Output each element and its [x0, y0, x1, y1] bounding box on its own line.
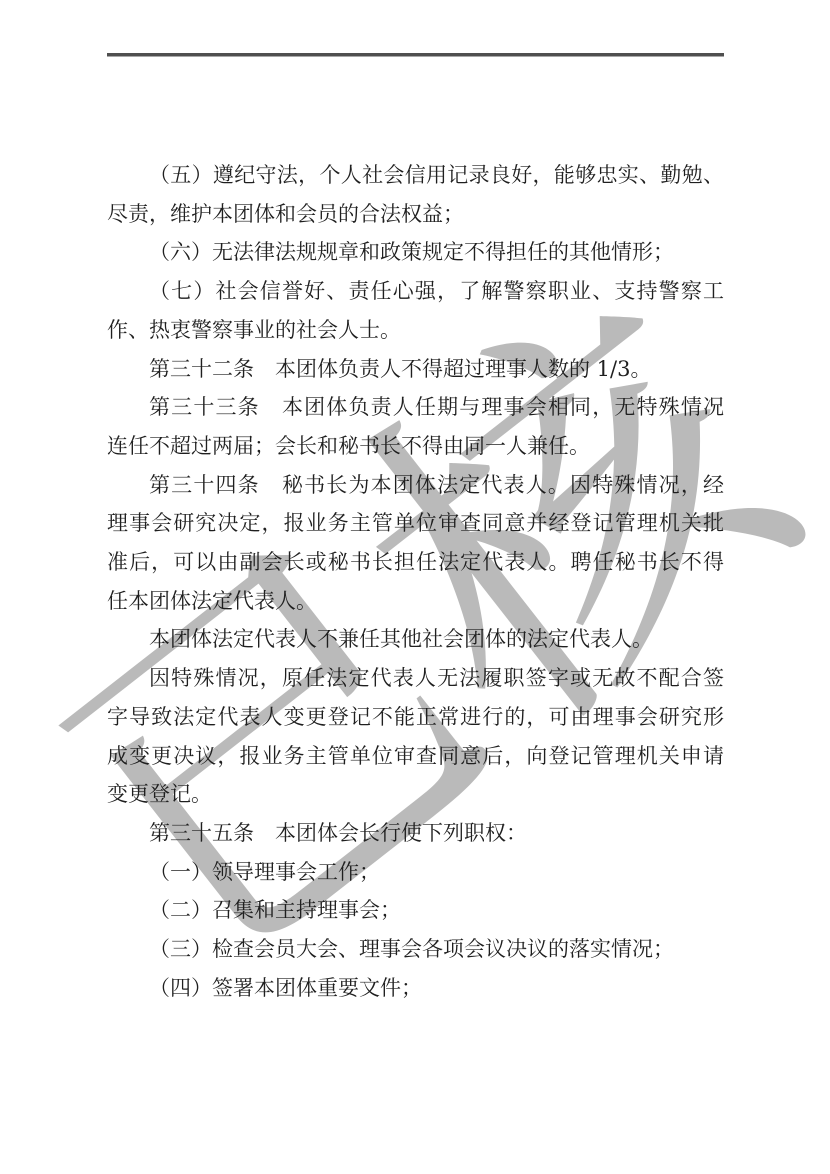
text-line: （五）遵纪守法，个人社会信用记录良好，能够忠实、勤勉、: [107, 156, 724, 195]
text-line: 第三十三条 本团体负责人任期与理事会相同，无特殊情况: [107, 388, 724, 427]
text-line: 作、热衷警察事业的社会人士。: [107, 311, 724, 350]
text-line: （三）检查会员大会、理事会各项会议决议的落实情况；: [107, 930, 724, 969]
text-line: 尽责，维护本团体和会员的合法权益；: [107, 195, 724, 234]
text-line: （七）社会信誉好、责任心强，了解警察职业、支持警察工: [107, 272, 724, 311]
text-line: 因特殊情况，原任法定代表人无法履职签字或无故不配合签: [107, 659, 724, 698]
text-line: 本团体法定代表人不兼任其他社会团体的法定代表人。: [107, 620, 724, 659]
text-line: 准后，可以由副会长或秘书长担任法定代表人。聘任秘书长不得: [107, 543, 724, 582]
document-body: （五）遵纪守法，个人社会信用记录良好，能够忠实、勤勉、尽责，维护本团体和会员的合…: [107, 156, 724, 1007]
text-line: 变更登记。: [107, 775, 724, 814]
text-line: （一）领导理事会工作；: [107, 853, 724, 892]
text-line: 任本团体法定代表人。: [107, 582, 724, 621]
text-line: 理事会研究决定，报业务主管单位审查同意并经登记管理机关批: [107, 504, 724, 543]
text-line: 连任不超过两届；会长和秘书长不得由同一人兼任。: [107, 427, 724, 466]
document-page: 已核 （五）遵纪守法，个人社会信用记录良好，能够忠实、勤勉、尽责，维护本团体和会…: [0, 0, 830, 1174]
text-line: 字导致法定代表人变更登记不能正常进行的，可由理事会研究形: [107, 698, 724, 737]
text-line: 第三十二条 本团体负责人不得超过理事人数的 1/3。: [107, 350, 724, 389]
text-line: （四）签署本团体重要文件；: [107, 969, 724, 1008]
text-line: 第三十四条 秘书长为本团体法定代表人。因特殊情况，经: [107, 466, 724, 505]
text-line: 成变更决议，报业务主管单位审查同意后，向登记管理机关申请: [107, 737, 724, 776]
text-line: （六）无法律法规规章和政策规定不得担任的其他情形；: [107, 233, 724, 272]
header-rule: [107, 53, 724, 57]
text-line: 第三十五条 本团体会长行使下列职权：: [107, 814, 724, 853]
text-line: （二）召集和主持理事会；: [107, 891, 724, 930]
